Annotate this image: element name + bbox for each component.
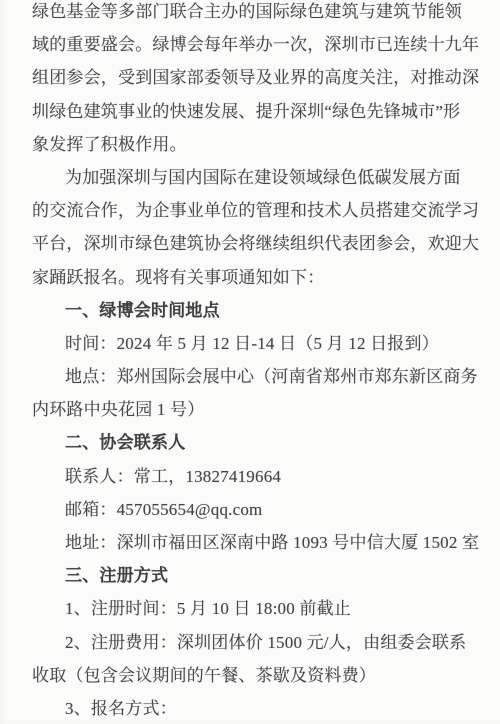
body-text-line: 时间：2024 年 5 月 12 日-14 日（5 月 12 日报到） xyxy=(32,327,474,360)
body-text-line: 的交流合作，为企事业单位的管理和技术人员搭建交流学习 xyxy=(32,194,474,227)
body-text-line: 2、注册费用：深圳团体价 1500 元/人，由组委会联系 xyxy=(32,626,474,659)
document-page: 绿色基金等多部门联合主办的国际绿色建筑与建筑节能领域的重要盛会。绿博会每年举办一… xyxy=(0,0,500,724)
body-text-line: 组团参会，受到国家部委领导及业界的高度关注，对推动深 xyxy=(32,61,474,94)
body-text-line: 绿色基金等多部门联合主办的国际绿色建筑与建筑节能领 xyxy=(32,0,474,28)
body-text-line: 内环路中央花园 1 号） xyxy=(32,393,474,426)
body-text-line: 联系人：常工，13827419664 xyxy=(32,460,474,493)
body-text-line: 家踊跃报名。现将有关事项通知如下： xyxy=(32,261,474,294)
section-heading-line: 二、协会联系人 xyxy=(32,426,474,459)
section-heading-line: 一、绿博会时间地点 xyxy=(32,294,474,327)
body-text-line: 为加强深圳与国内国际在建设领域绿色低碳发展方面 xyxy=(32,161,474,194)
body-text-line: 象发挥了积极作用。 xyxy=(32,128,474,161)
body-text-line: 邮箱：457055654@qq.com xyxy=(32,493,474,526)
body-text-line: 地址：深圳市福田区深南中路 1093 号中信大厦 1502 室 xyxy=(32,526,474,559)
body-text-line: 1、注册时间：5 月 10 日 18:00 前截止 xyxy=(32,592,474,625)
body-text-line: 圳绿色建筑事业的快速发展、提升深圳“绿色先锋城市”形 xyxy=(32,95,474,128)
body-text-line: 收取（包含会议期间的午餐、茶歇及资料费） xyxy=(32,659,474,692)
body-text-line: 平台，深圳市绿色建筑协会将继续组织代表团参会，欢迎大 xyxy=(32,227,474,260)
body-text-line: 地点：郑州国际会展中心（河南省郑州市郑东新区商务 xyxy=(32,360,474,393)
body-text-line: 域的重要盛会。绿博会每年举办一次，深圳市已连续十九年 xyxy=(32,28,474,61)
body-text-line: 3、报名方式： xyxy=(32,692,474,724)
section-heading-line: 三、注册方式 xyxy=(32,559,474,592)
